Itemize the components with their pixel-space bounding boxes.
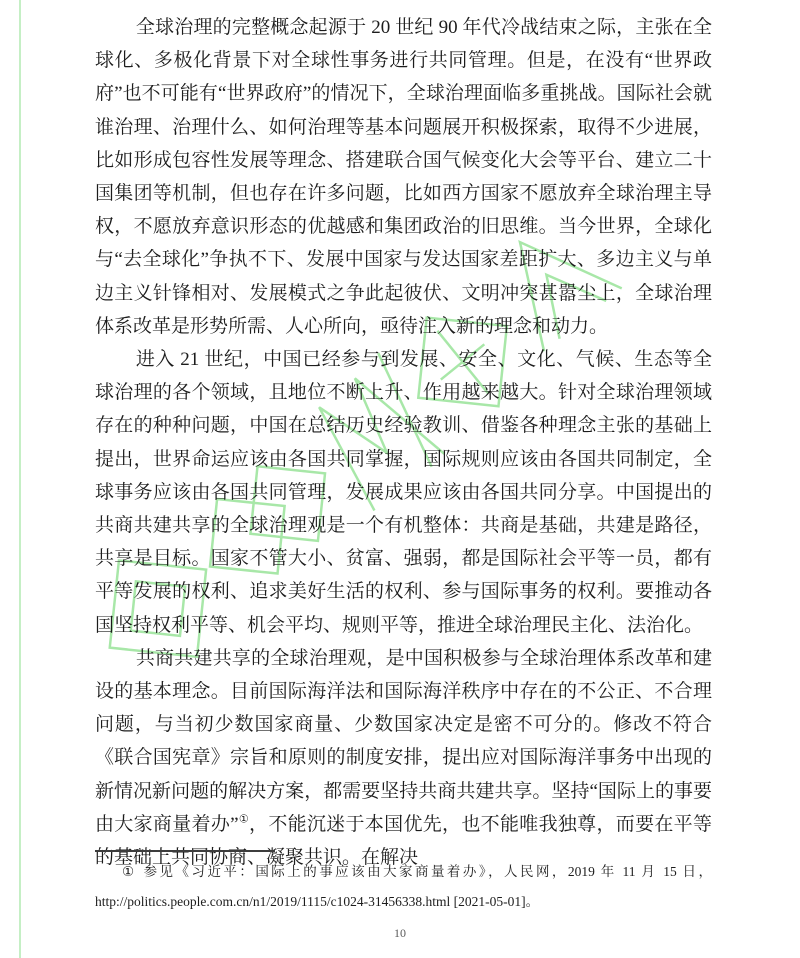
footnote-separator-rule <box>95 850 275 852</box>
document-page: 全球治理的完整概念起源于 20 世纪 90 年代冷战结束之际，主张在全球化、多极… <box>0 0 800 958</box>
page-number: 10 <box>0 926 800 941</box>
paragraph-3: 共商共建共享的全球治理观，是中国积极参与全球治理体系改革和建设的基本理念。目前国… <box>95 642 712 874</box>
body-text: 全球治理的完整概念起源于 20 世纪 90 年代冷战结束之际，主张在全球化、多极… <box>95 11 712 874</box>
paragraph-2: 进入 21 世纪，中国已经参与到发展、安全、文化、气候、生态等全球治理的各个领域… <box>95 343 712 642</box>
footnote: ①参见《习近平：国际上的事应该由大家商量着办》，人民网，2019 年 11 月 … <box>95 857 712 917</box>
footnote-text: 参见《习近平：国际上的事应该由大家商量着办》，人民网，2019 年 11 月 1… <box>95 864 712 909</box>
paragraph-1: 全球治理的完整概念起源于 20 世纪 90 年代冷战结束之际，主张在全球化、多极… <box>95 11 712 343</box>
left-margin-line <box>19 0 21 958</box>
footnote-marker: ① <box>122 864 137 879</box>
paragraph-3-text: 共商共建共享的全球治理观，是中国积极参与全球治理体系改革和建设的基本理念。目前国… <box>95 648 712 835</box>
footnote-ref-mark: ① <box>239 814 249 826</box>
